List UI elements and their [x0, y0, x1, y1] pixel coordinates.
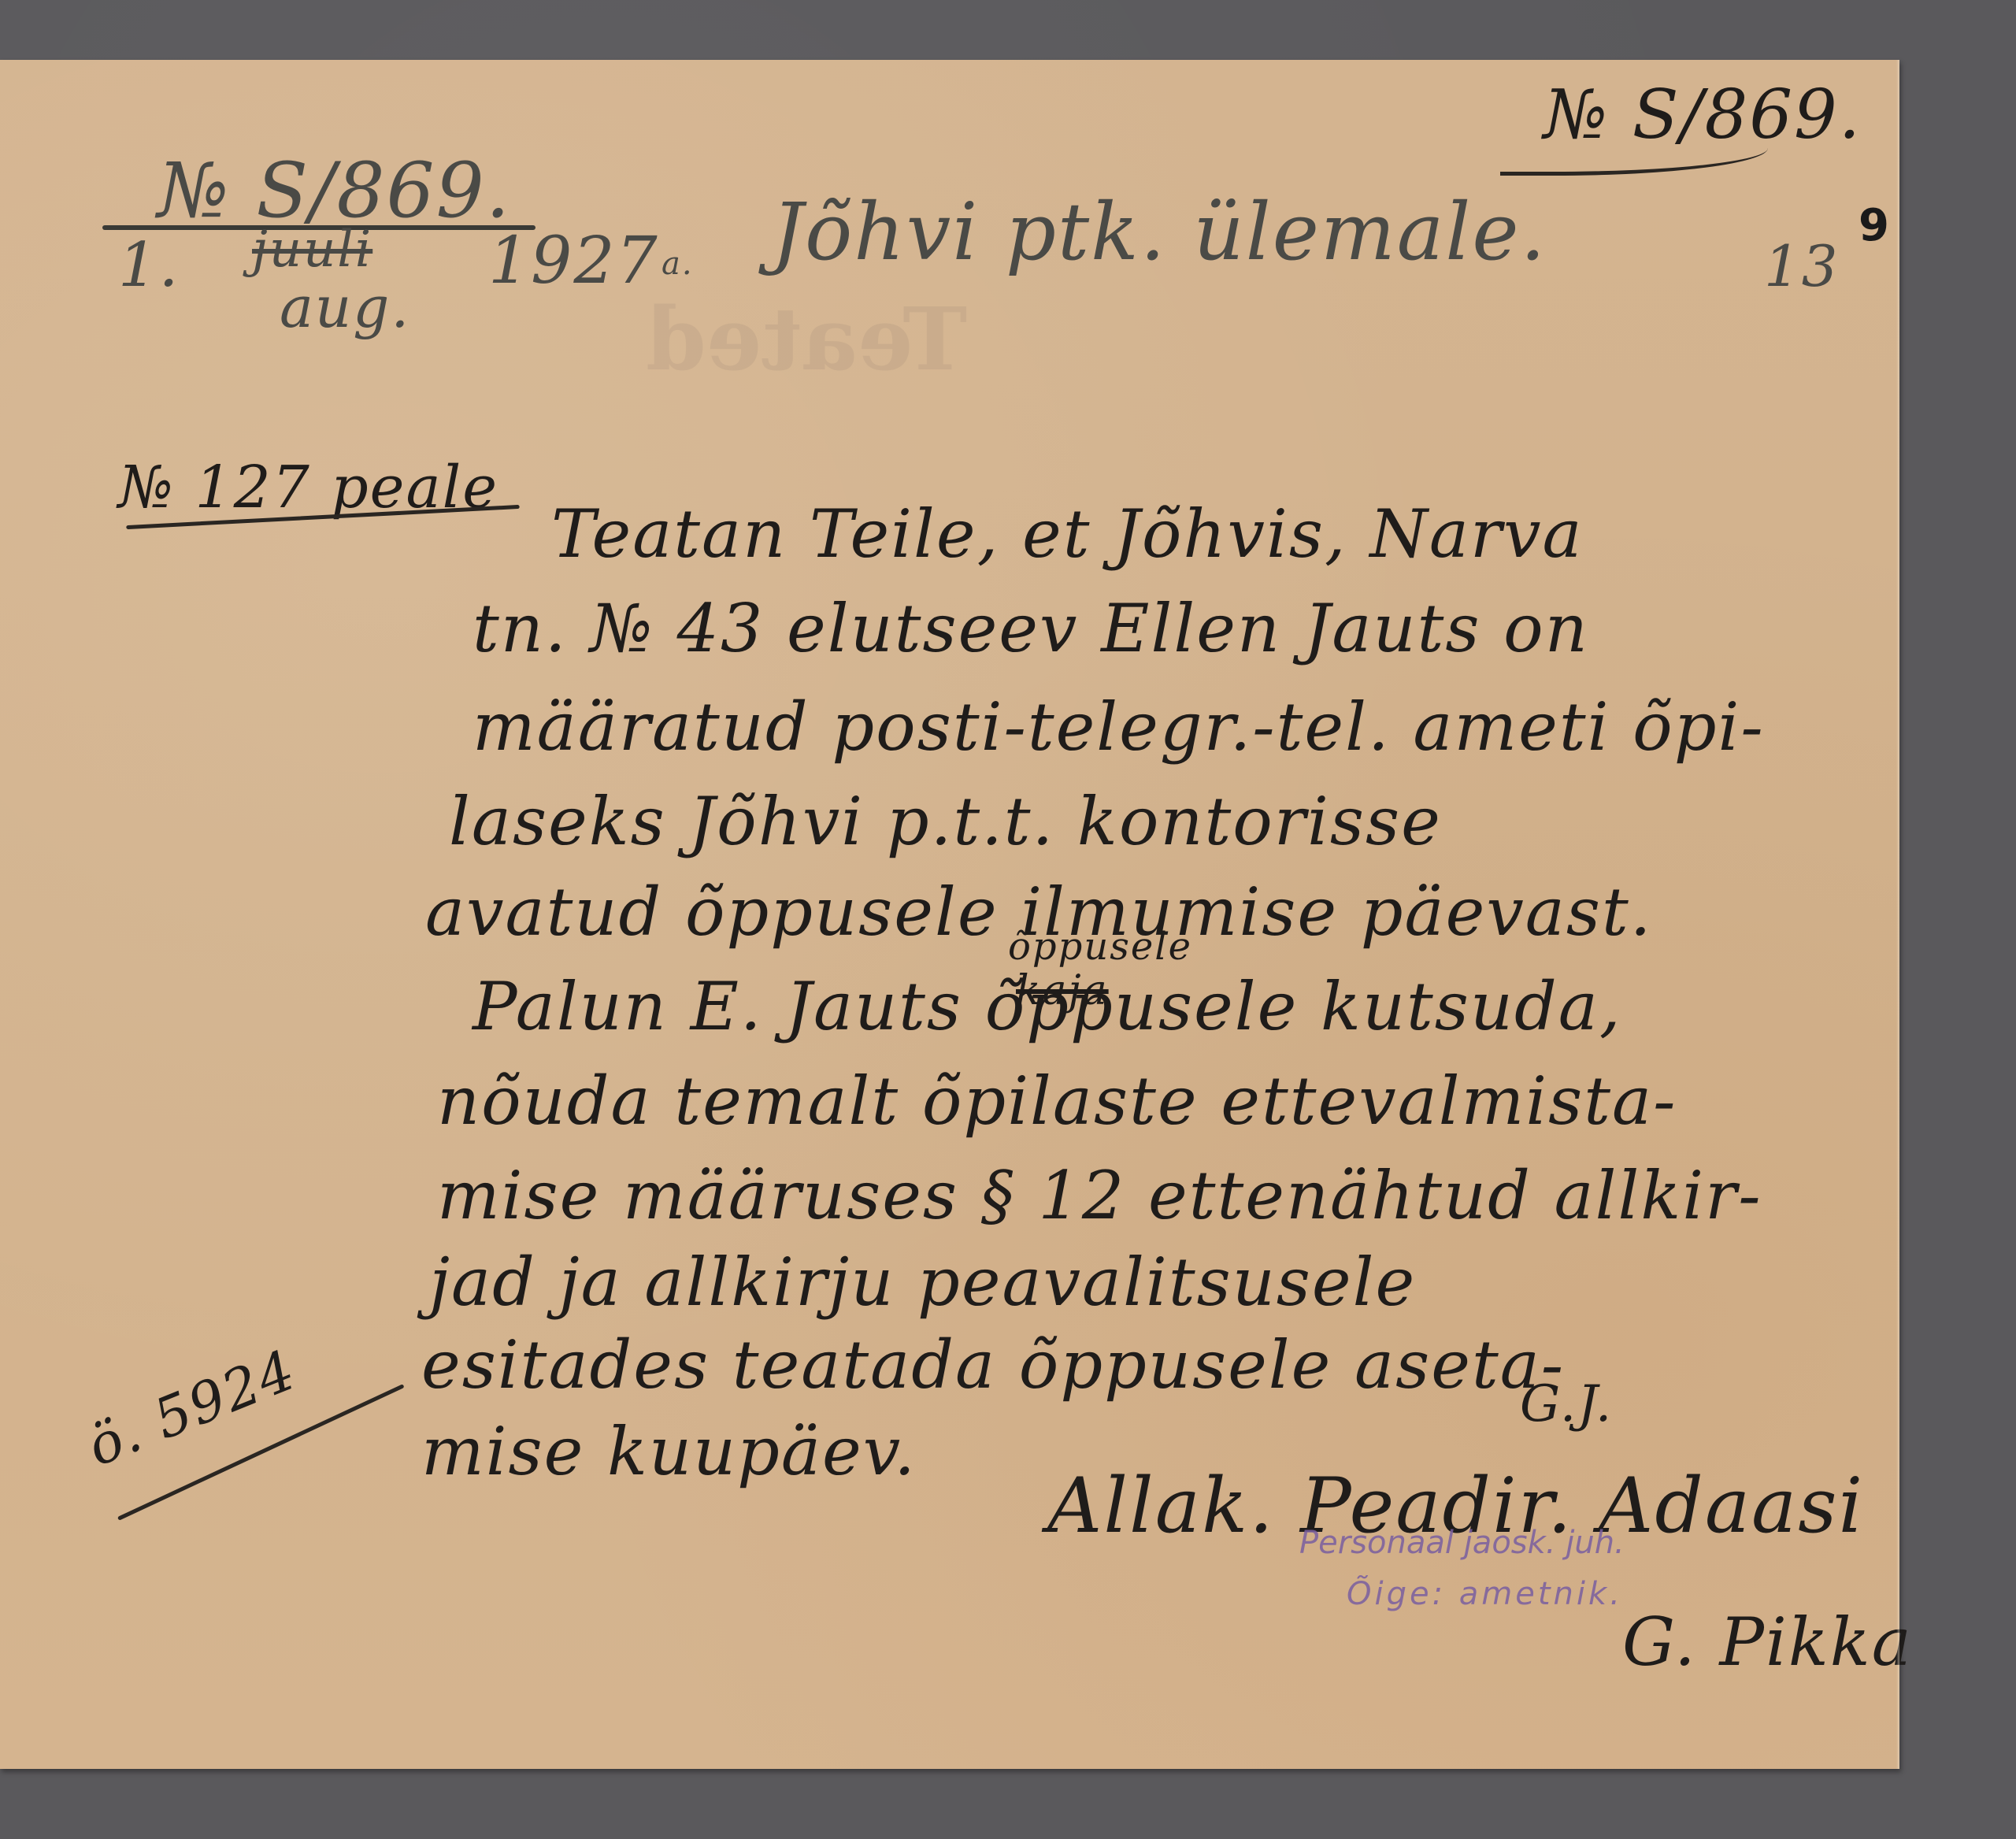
stamp-certified-official: Õige: ametnik.: [1347, 1576, 1623, 1612]
date-month-crossed: juuli: [252, 221, 372, 279]
body-line-9: jad ja allkirju peavalitsusele: [429, 1249, 1416, 1315]
bleed-through-print: Teated: [646, 288, 967, 390]
margin-note-number: ö. 5924: [78, 1337, 305, 1479]
date-year: 1927: [488, 224, 659, 298]
body-line-10: esitades teatada õppusele aseta-: [421, 1332, 1565, 1398]
date-month: aug.: [280, 274, 410, 340]
body-line-4: laseks Jõhvi p.t.t. kontorisse: [449, 788, 1442, 855]
reference-underline-right: [1500, 148, 1768, 176]
body-line-8: mise määruses § 12 ettenähtud allkir-: [437, 1162, 1762, 1229]
pencil-folio-number: 13: [1764, 233, 1840, 299]
body-line-2: tn. № 43 elutseev Ellen Jauts on: [472, 595, 1589, 662]
interlinear-insertion: õppusele: [1008, 925, 1192, 969]
body-line-11: mise kuupäev.: [421, 1418, 917, 1485]
body-line-3: määratud posti-telegr.-tel. ameti õpi-: [472, 694, 1765, 760]
body-line-6: Palun E. Jauts õppusele kutsuda,: [472, 973, 1622, 1040]
reference-number-right: № S/869.: [1543, 76, 1862, 154]
date-day: 1.: [118, 230, 180, 301]
countersignature: G. Pikka: [1622, 1604, 1913, 1681]
addressee: Jõhvi ptk. ülemale.: [772, 186, 1547, 278]
body-line-1: Teatan Teile, et Jõhvis, Narva: [551, 501, 1584, 567]
page-number: 9: [1858, 200, 1889, 251]
date-suffix: a.: [661, 246, 694, 282]
stamp-personnel-section: Personaal jaosk. juh.: [1299, 1525, 1625, 1561]
signature-initials: G.J.: [1520, 1375, 1613, 1433]
document-sheet: Teated № S/869. 1. juuli aug. 1927 a. Jõ…: [0, 60, 1899, 1769]
body-line-7: nõuda temalt õpilaste ettevalmista-: [437, 1068, 1677, 1134]
